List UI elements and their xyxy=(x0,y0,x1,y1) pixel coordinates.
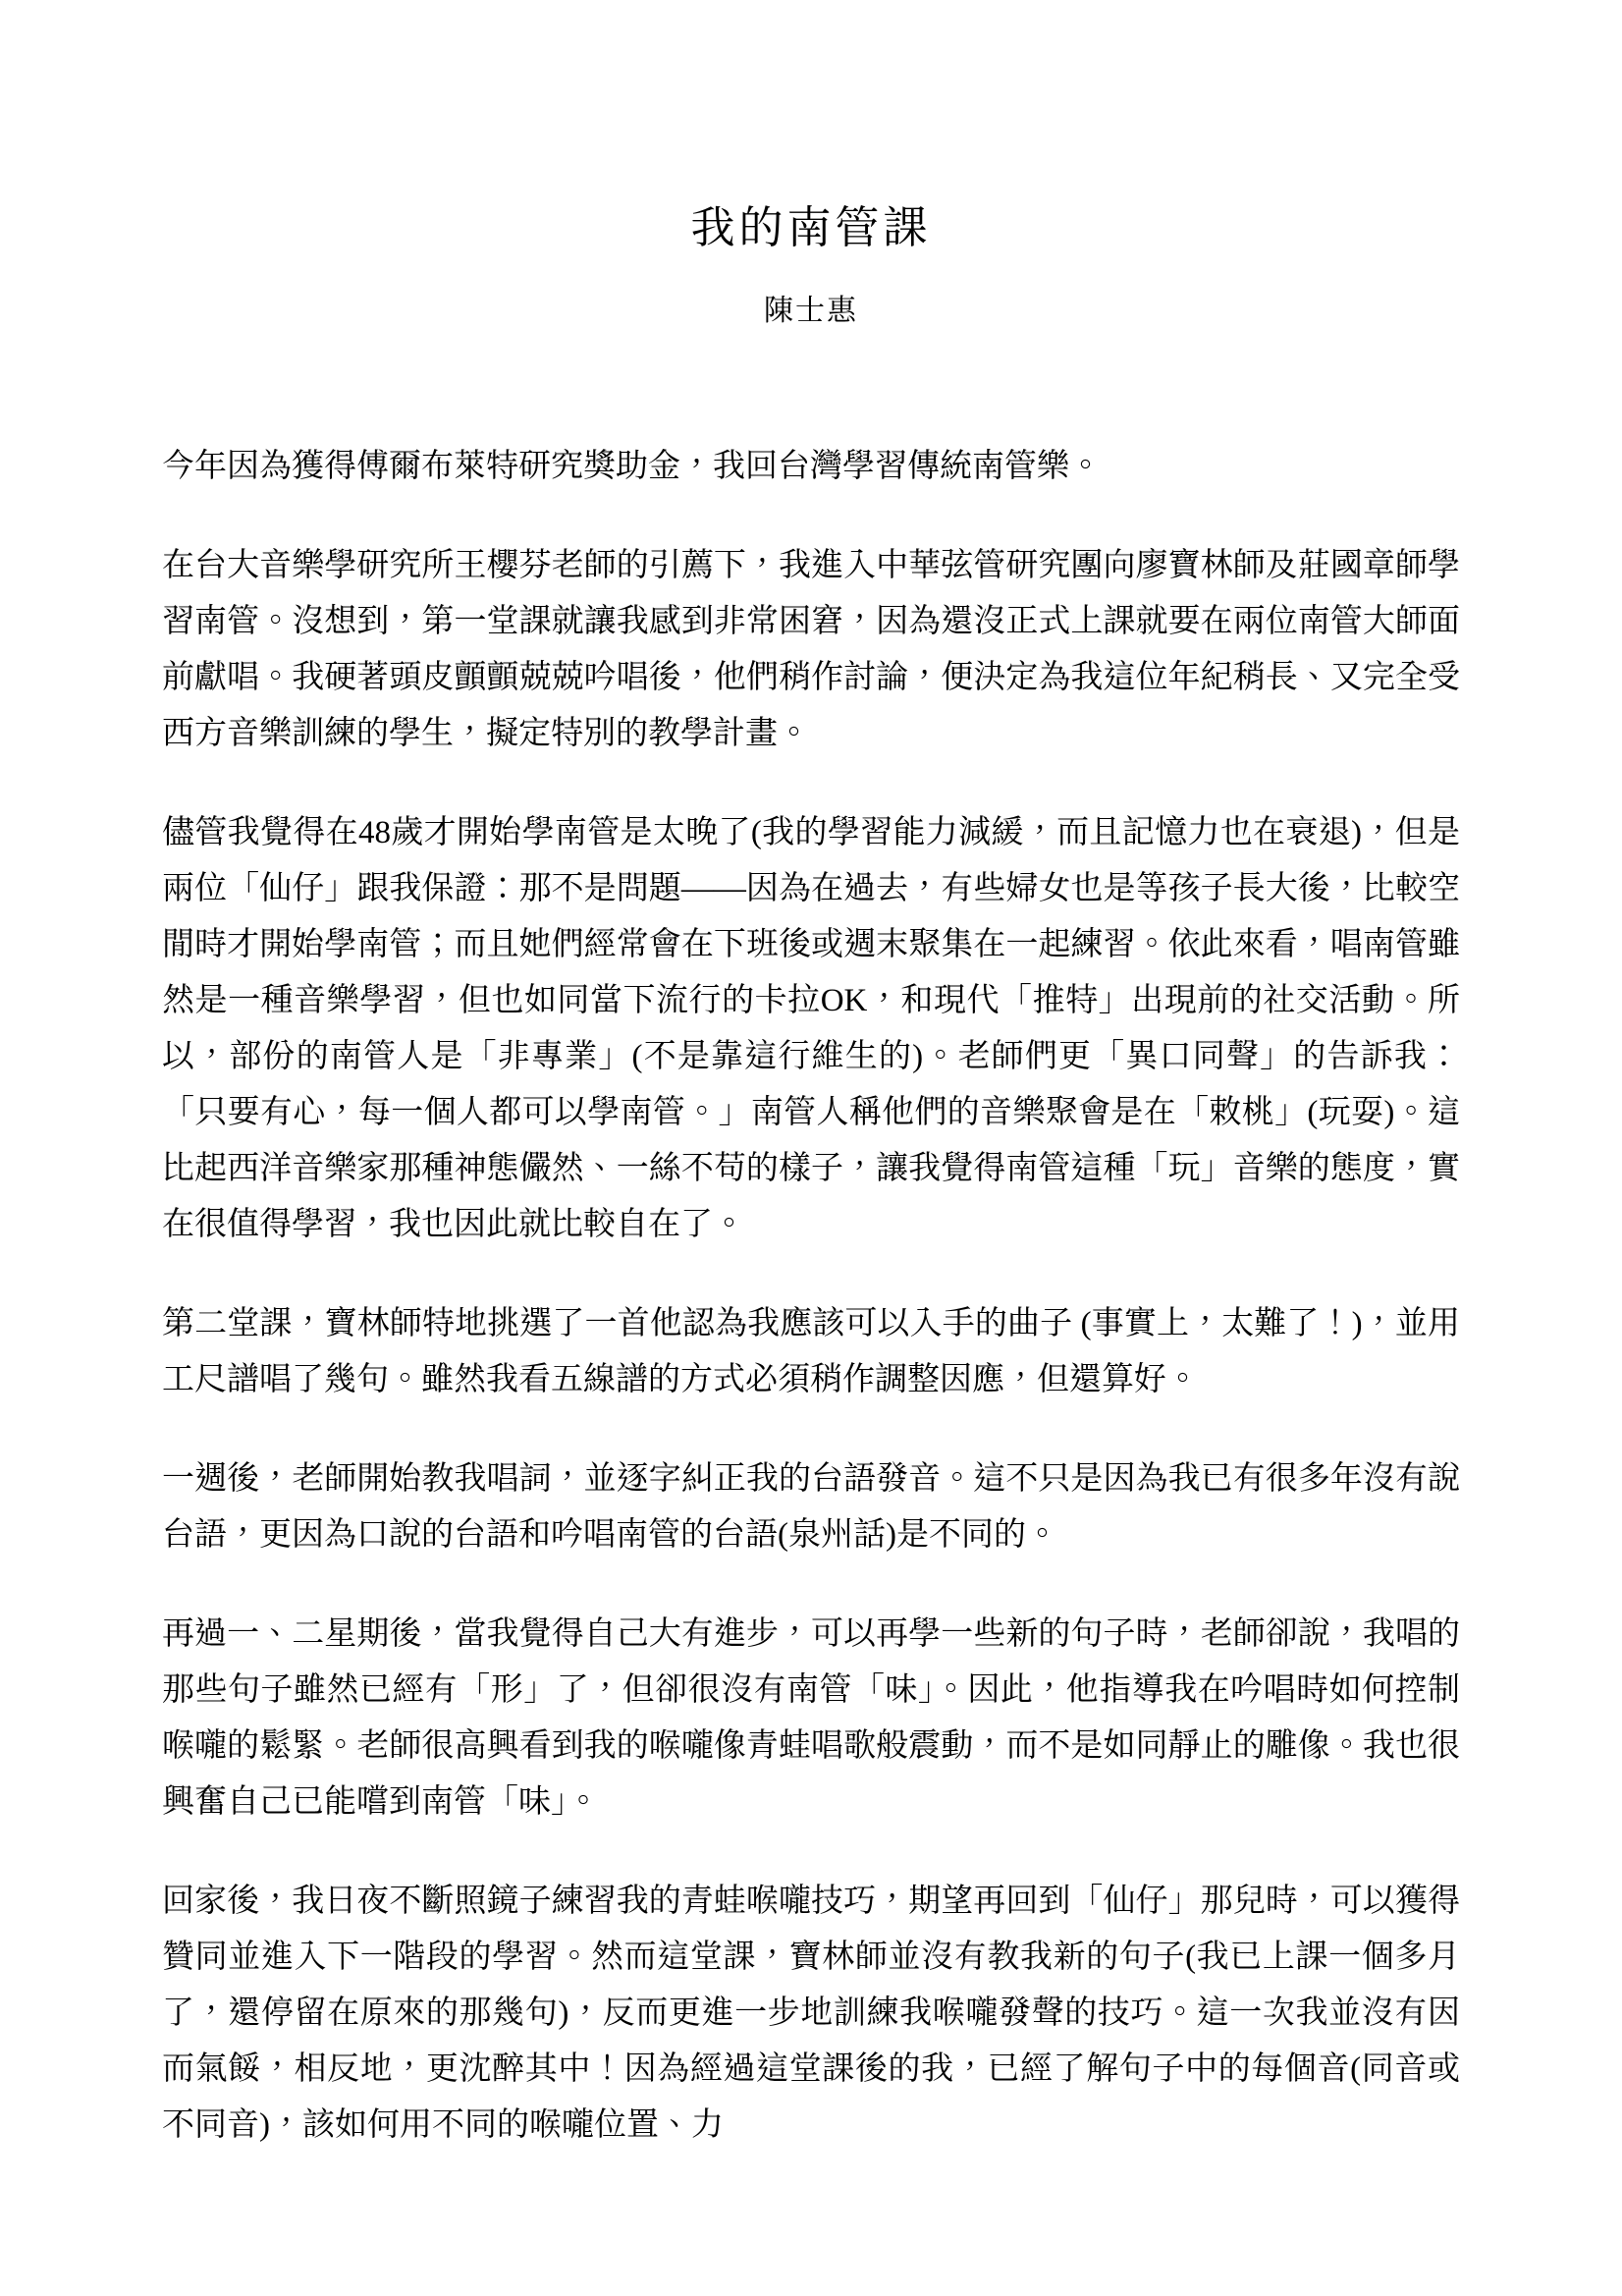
paragraph-1: 今年因為獲得傅爾布萊特研究獎助金，我回台灣學習傳統南管樂。 xyxy=(162,439,1460,495)
paragraph-3: 儘管我覺得在48歲才開始學南管是太晚了(我的學習能力減緩，而且記憶力也在衰退)，… xyxy=(162,805,1460,1253)
paragraph-4: 第二堂課，寶林師特地挑選了一首他認為我應該可以入手的曲子 (事實上，太難了！)，… xyxy=(162,1296,1460,1408)
document-body: 今年因為獲得傅爾布萊特研究獎助金，我回台灣學習傳統南管樂。 在台大音樂學研究所王… xyxy=(162,439,1460,2154)
document-page: 我的南管課 陳士惠 今年因為獲得傅爾布萊特研究獎助金，我回台灣學習傳統南管樂。 … xyxy=(0,0,1622,2296)
paragraph-2: 在台大音樂學研究所王櫻芬老師的引薦下，我進入中華弦管研究團向廖寶林師及莊國章師學… xyxy=(162,538,1460,762)
paragraph-7: 回家後，我日夜不斷照鏡子練習我的青蛙喉嚨技巧，期望再回到「仙仔」那兒時，可以獲得… xyxy=(162,1874,1460,2154)
page-title: 我的南管課 xyxy=(162,201,1460,254)
paragraph-6: 再過一、二星期後，當我覺得自己大有進步，可以再學一些新的句子時，老師卻說，我唱的… xyxy=(162,1607,1460,1831)
paragraph-5: 一週後，老師開始教我唱詞，並逐字糾正我的台語發音。這不只是因為我已有很多年沒有說… xyxy=(162,1451,1460,1563)
document-author: 陳士惠 xyxy=(162,294,1460,329)
